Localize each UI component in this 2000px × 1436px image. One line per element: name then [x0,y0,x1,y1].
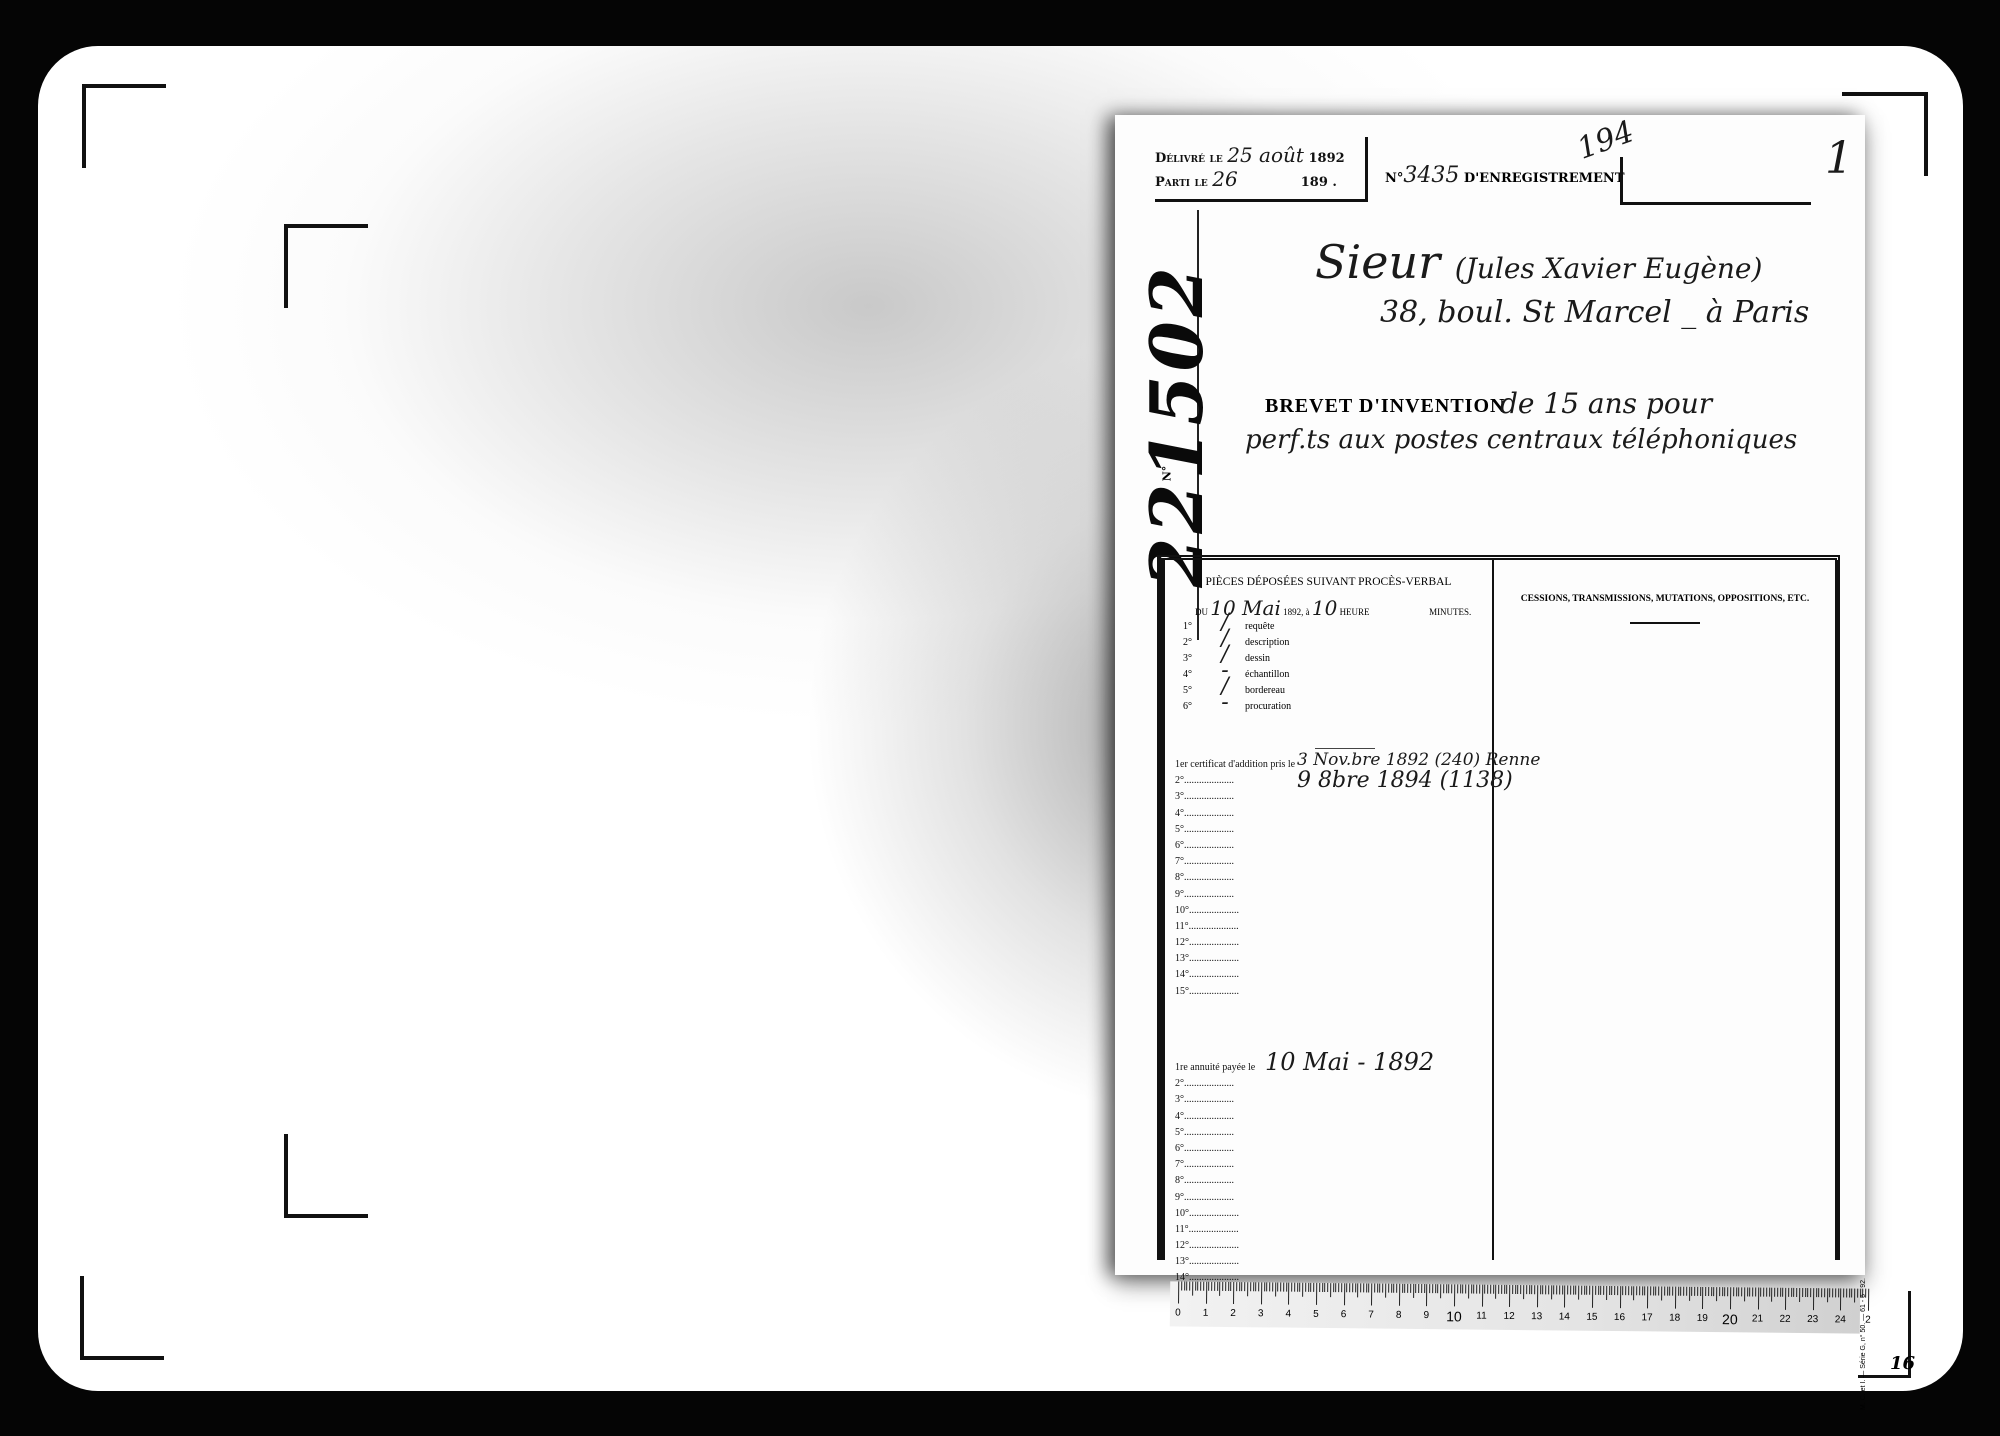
departed-label: Parti le [1155,175,1208,190]
crop-mark-bottom-left-inner [284,1134,368,1218]
certificate-entry-2: 9 8bre 1894 (1138) [1297,768,1513,793]
piece-item: 6°-procuration [1183,698,1291,712]
form-row: 7°.................... [1175,1157,1255,1173]
pieces-title: PIÈCES DÉPOSÉES SUIVANT PROCÈS-VERBAL [1165,576,1492,588]
ruler-label: 20 [1722,1311,1738,1327]
ruler-label: 2 [1865,1315,1871,1326]
delivered-year: 1892 [1308,151,1344,166]
ruler-label: 8 [1396,1310,1402,1321]
delivery-box: Délivré le 25 août 1892 Parti le 26 189 … [1155,137,1368,202]
ruler-label: 6 [1341,1309,1347,1320]
form-row: 5°.................... [1175,822,1295,838]
annuity-first-value: 10 Mai - 1892 [1265,1048,1434,1076]
printer-note: M. C. et I. — Série G, n° 50. — 61 - 6 -… [1860,1278,1867,1410]
ruler-label: 13 [1531,1311,1542,1322]
form-right-border [1835,560,1839,1260]
registration-number: N°3435 D'ENREGISTREMENT [1385,163,1625,188]
ruler-label: 24 [1835,1314,1846,1325]
ruler-label: 22 [1779,1314,1790,1325]
form-row: 2°.................... [1175,773,1295,789]
form-row: 4°.................... [1175,806,1295,822]
ruler-label: 3 [1258,1308,1264,1319]
ruler-label: 16 [1614,1312,1625,1323]
registration-label: D'ENREGISTREMENT [1464,171,1625,186]
measurement-ruler: 0123456789101112131415161718192021222324… [1170,1281,1860,1333]
form-row: 13°.................... [1175,1254,1255,1270]
form-row: 11°.................... [1175,919,1295,935]
crop-mark-top-left-outer [82,84,166,168]
piece-item: 4°-échantillon [1183,666,1289,680]
ruler-label: 1 [1203,1308,1209,1319]
ruler-label: 17 [1641,1312,1652,1323]
form-row: 13°.................... [1175,951,1295,967]
page-number: 1 [1825,133,1853,184]
certificate-entry-1: 3 Nov.bre 1892 (240) Renne [1297,750,1540,770]
holder-given-names: (Jules Xavier Eugène) [1455,252,1763,285]
plate-number: 16 [1890,1353,1915,1374]
brevet-label: BREVET D'INVENTION [1265,395,1505,418]
form-row: 6°.................... [1175,1141,1255,1157]
ruler-label: 19 [1697,1313,1708,1324]
form-row: 5°.................... [1175,1125,1255,1141]
ruler-label: 9 [1423,1310,1429,1321]
ruler-label: 14 [1559,1311,1570,1322]
separator [1315,748,1375,749]
ruler-label: 11 [1476,1311,1487,1322]
patent-number-prefix: N° [1160,466,1173,482]
form-row: 6°.................... [1175,838,1295,854]
form-row: 11°.................... [1175,1222,1255,1238]
ruler-label: 12 [1503,1311,1514,1322]
ruler-label: 18 [1669,1313,1680,1324]
departed-date: 26 [1212,167,1296,191]
ruler-label: 0 [1175,1307,1181,1318]
corner-bracket [1620,157,1811,205]
form-row: 3°.................... [1175,789,1295,805]
holder-name: Sieur (Jules Xavier Eugène) [1315,235,1762,289]
form-row: 7°.................... [1175,854,1295,870]
form-row: 14°.................... [1175,967,1295,983]
form-row: 10°.................... [1175,1206,1255,1222]
brevet-subject: perf.ts aux postes centraux téléphonique… [1245,425,1797,455]
ruler-label: 21 [1752,1313,1763,1324]
ruler-label: 2 [1230,1308,1236,1319]
ruler-label: 7 [1368,1309,1374,1320]
cessions-rule [1630,622,1700,624]
proces-verbal-date: DU 10 Mai 1892, à 10 HEURE MINUTES. [1195,596,1471,620]
form-row: 8°.................... [1175,1173,1255,1189]
form-row: 9°.................... [1175,887,1295,903]
ruler-label: 4 [1285,1309,1291,1320]
form-row: 3°.................... [1175,1092,1255,1108]
brevet-duration: de 15 ans pour [1500,387,1712,420]
ruler-label: 23 [1807,1314,1818,1325]
delivered-label: Délivré le [1155,151,1223,166]
certificate-first-label: 1er certificat d'addition pris le [1175,757,1295,773]
delivered-date: 25 août [1227,143,1304,167]
form-row: 12°.................... [1175,1238,1255,1254]
annuity-first-label: 1re annuité payée le [1175,1060,1255,1076]
patent-record-sheet: Délivré le 25 août 1892 Parti le 26 189 … [1115,115,1865,1275]
ruler-label: 5 [1313,1309,1319,1320]
form-row: 12°.................... [1175,935,1295,951]
cessions-title: CESSIONS, TRANSMISSIONS, MUTATIONS, OPPO… [1495,594,1835,604]
piece-item: 2°/description [1183,634,1289,648]
form-row: 4°.................... [1175,1109,1255,1125]
form-row: 2°.................... [1175,1076,1255,1092]
certificates-list: 1er certificat d'addition pris le 2°....… [1175,757,1295,789]
form-row: 10°.................... [1175,903,1295,919]
crop-mark-top-left-inner [284,224,368,308]
annuities-list: 1re annuité payée le 2°.................… [1175,1060,1255,1092]
column-divider [1492,560,1494,1260]
registration-value: 3435 [1403,163,1459,188]
record-form: PIÈCES DÉPOSÉES SUIVANT PROCÈS-VERBAL DU… [1157,555,1840,1260]
departed-year: 189 . [1301,175,1337,190]
form-row: 15°.................... [1175,984,1295,1000]
form-row: 9°.................... [1175,1190,1255,1206]
form-row: 8°.................... [1175,870,1295,886]
piece-item: 5°/bordereau [1183,682,1285,696]
holder-address: 38, boul. St Marcel _ à Paris [1380,295,1809,330]
piece-check: - [1205,698,1245,708]
ruler-label: 10 [1446,1308,1462,1324]
crop-mark-bottom-left-outer [80,1276,164,1360]
ruler-label: 15 [1586,1312,1597,1323]
